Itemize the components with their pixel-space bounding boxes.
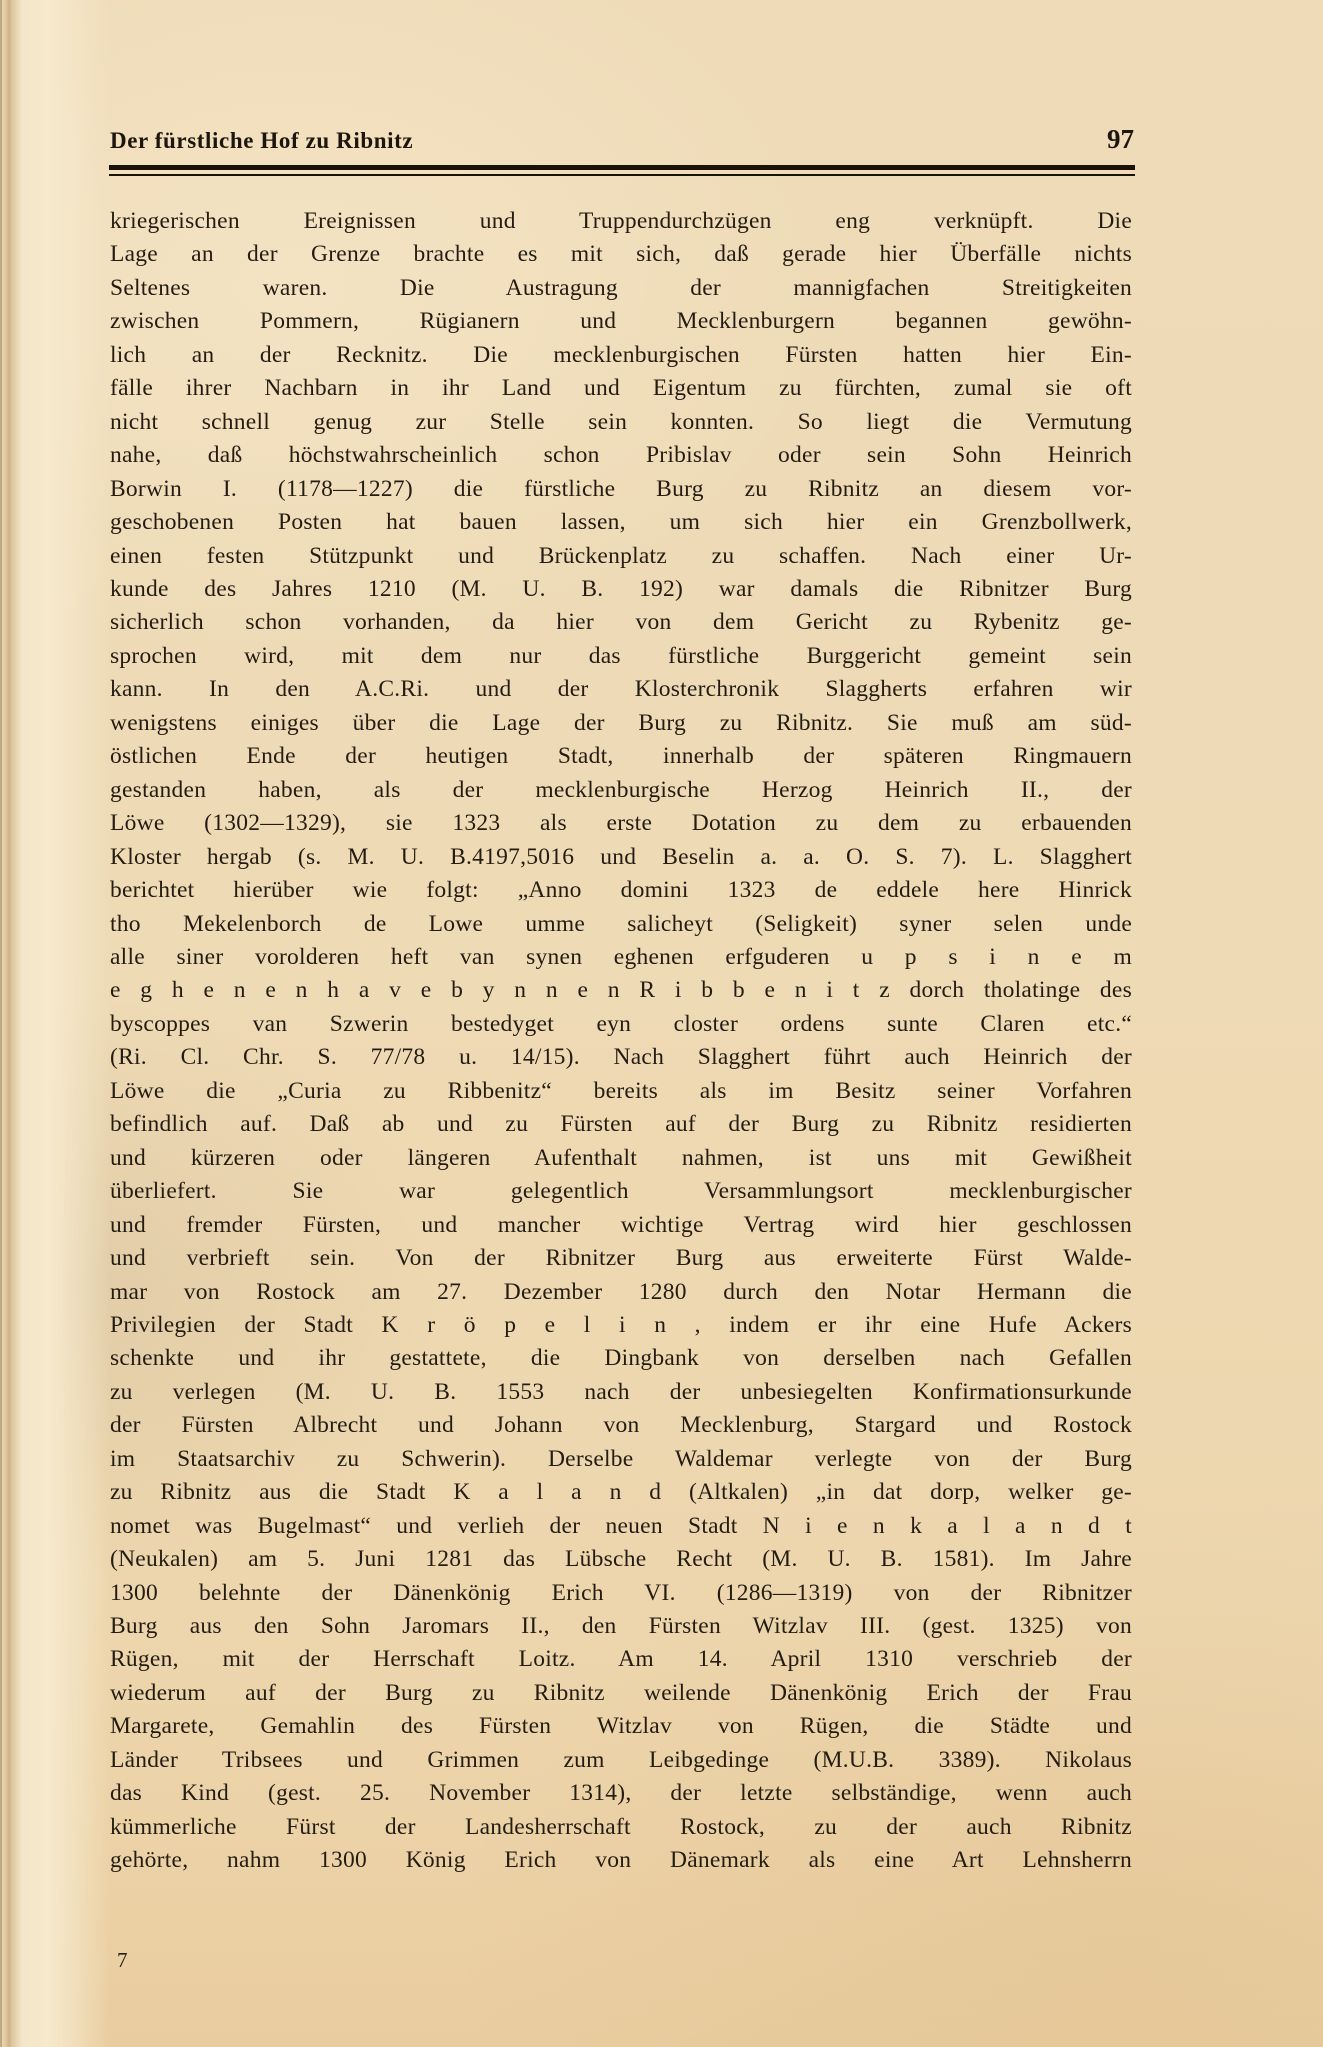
text-line: Löwe die „Curia zu Ribbenitz“ bereits al… [110,1075,1132,1108]
text-line: e g h e n e n h a v e b y n n e n R i b … [110,974,1132,1007]
text-line: Lage an der Grenze brachte es mit sich, … [110,238,1132,271]
text-line: zu Ribnitz aus die Stadt K a l a n d (Al… [110,1476,1132,1509]
text-line: gehörte, nahm 1300 König Erich von Dänem… [110,1844,1132,1877]
text-line: berichtet hierüber wie folgt: „Anno domi… [110,874,1132,907]
text-line: Margarete, Gemahlin des Fürsten Witzlav … [110,1710,1132,1743]
running-header: Der fürstliche Hof zu Ribnitz 97 [110,124,1134,158]
text-line: Kloster hergab (s. M. U. B.4197,5016 und… [110,841,1132,874]
text-line: sicherlich schon vorhanden, da hier von … [110,606,1132,639]
scanned-book-page: Der fürstliche Hof zu Ribnitz 97 krieger… [0,0,1323,2047]
text-line: Privilegien der Stadt K r ö p e l i n , … [110,1309,1132,1342]
text-line: fälle ihrer Nachbarn in ihr Land und Eig… [110,372,1132,405]
text-line: nahe, daß höchstwahrscheinlich schon Pri… [110,439,1132,472]
text-line: und fremder Fürsten, und mancher wichtig… [110,1209,1132,1242]
page-left-edge-line [0,0,2,2047]
text-line: östlichen Ende der heutigen Stadt, inner… [110,740,1132,773]
text-line: kunde des Jahres 1210 (M. U. B. 192) war… [110,573,1132,606]
header-double-rule [109,165,1135,176]
page-left-scan-band [0,0,110,2047]
text-line: sprochen wird, mit dem nur das fürstlich… [110,640,1132,673]
text-line: wenigstens einiges über die Lage der Bur… [110,707,1132,740]
signature-mark: 7 [117,1948,128,1973]
text-line: das Kind (gest. 25. November 1314), der … [110,1777,1132,1810]
text-line: der Fürsten Albrecht und Johann von Meck… [110,1409,1132,1442]
text-line: alle siner vorolderen heft van synen egh… [110,941,1132,974]
text-line: kümmerliche Fürst der Landesherrschaft R… [110,1811,1132,1844]
text-line: geschobenen Posten hat bauen lassen, um … [110,506,1132,539]
running-head-title: Der fürstliche Hof zu Ribnitz [110,128,413,154]
text-line: gestanden haben, als der mecklenburgisch… [110,774,1132,807]
text-line: byscoppes van Szwerin bestedyget eyn clo… [110,1008,1132,1041]
text-line: im Staatsarchiv zu Schwerin). Derselbe W… [110,1443,1132,1476]
text-line: kriegerischen Ereignissen und Truppendur… [110,205,1132,238]
text-line: tho Mekelenborch de Lowe umme salicheyt … [110,908,1132,941]
text-line: Länder Tribsees und Grimmen zum Leibgedi… [110,1744,1132,1777]
text-line: nomet was Bugelmast“ und verlieh der neu… [110,1510,1132,1543]
text-line: einen festen Stützpunkt und Brückenplatz… [110,540,1132,573]
text-line: Rügen, mit der Herrschaft Loitz. Am 14. … [110,1643,1132,1676]
text-line: schenkte und ihr gestattete, die Dingban… [110,1342,1132,1375]
text-line: zwischen Pommern, Rügianern und Mecklenb… [110,305,1132,338]
text-line: Burg aus den Sohn Jaromars II., den Fürs… [110,1610,1132,1643]
text-line: 1300 belehnte der Dänenkönig Erich VI. (… [110,1577,1132,1610]
text-line: (Neukalen) am 5. Juni 1281 das Lübsche R… [110,1543,1132,1576]
text-line: nicht schnell genug zur Stelle sein konn… [110,406,1132,439]
text-line: Borwin I. (1178—1227) die fürstliche Bur… [110,473,1132,506]
page-number: 97 [1107,124,1134,155]
body-text: kriegerischen Ereignissen und Truppendur… [110,205,1132,1878]
text-line: kann. In den A.C.Ri. und der Klosterchro… [110,673,1132,706]
text-line: befindlich auf. Daß ab und zu Fürsten au… [110,1108,1132,1141]
text-line: zu verlegen (M. U. B. 1553 nach der unbe… [110,1376,1132,1409]
text-line: und verbrieft sein. Von der Ribnitzer Bu… [110,1242,1132,1275]
text-line: (Ri. Cl. Chr. S. 77/78 u. 14/15). Nach S… [110,1041,1132,1074]
text-line: wiederum auf der Burg zu Ribnitz weilend… [110,1677,1132,1710]
text-line: überliefert. Sie war gelegentlich Versam… [110,1175,1132,1208]
text-line: lich an der Recknitz. Die mecklenburgisc… [110,339,1132,372]
text-line: mar von Rostock am 27. Dezember 1280 dur… [110,1276,1132,1309]
text-line: Seltenes waren. Die Austragung der manni… [110,272,1132,305]
text-line: und kürzeren oder längeren Aufenthalt na… [110,1142,1132,1175]
text-line: Löwe (1302—1329), sie 1323 als erste Dot… [110,807,1132,840]
